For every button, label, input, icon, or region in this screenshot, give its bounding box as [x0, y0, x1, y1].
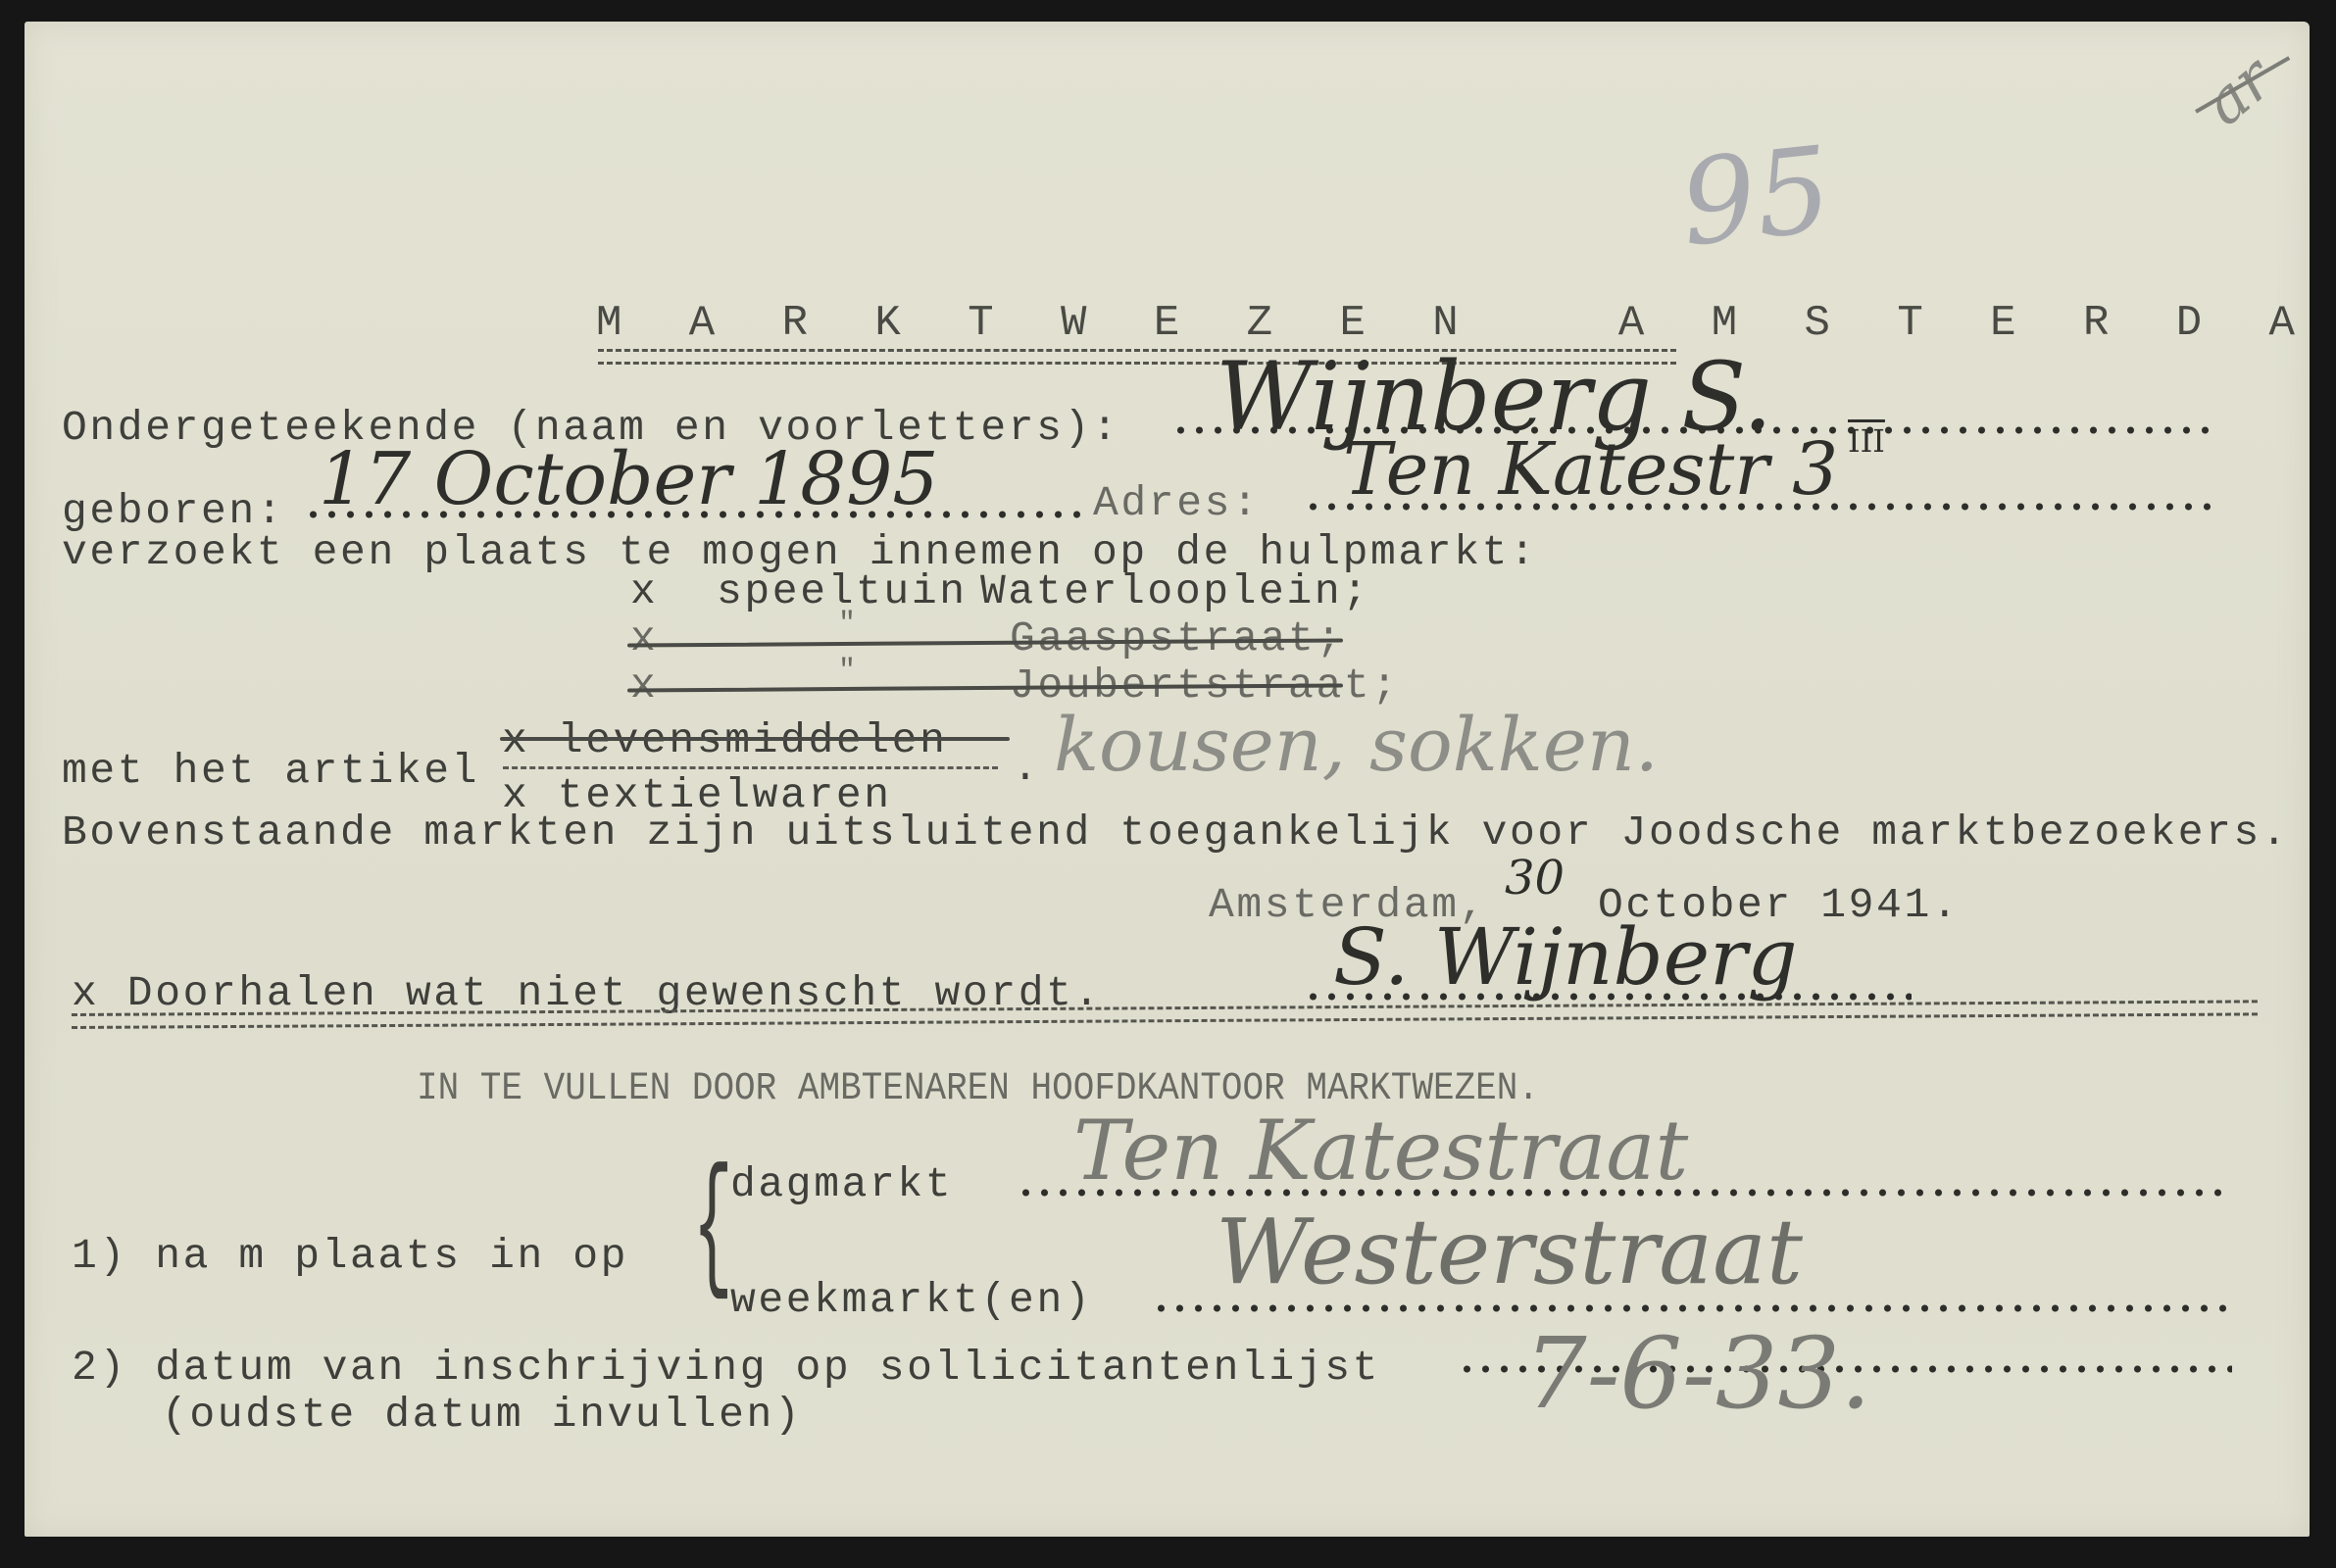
- strike-levensmiddelen: [500, 737, 1010, 741]
- item2-label: 2) datum van inschrijving op sollicitant…: [72, 1347, 1380, 1389]
- item1-label: 1) na m plaats in op: [72, 1235, 628, 1277]
- born-handwritten: 17 October 1895: [319, 443, 938, 515]
- application-card: 95 ar M A R K T W E Z E N A M S T E R D …: [25, 22, 2310, 1537]
- dagmarkt-handwritten: Ten Katestraat: [1073, 1109, 1688, 1192]
- weekmarkt-label: weekmarkt(en): [730, 1279, 1092, 1321]
- market-prefix-2: ": [838, 610, 859, 639]
- address-label: Adres:: [1093, 482, 1260, 524]
- item2-sublabel: (oudste datum invullen): [162, 1394, 802, 1436]
- market-marker-3: x: [630, 664, 658, 707]
- address-handwritten: Ten Katestr 3: [1343, 433, 1838, 506]
- article-fraction-line: [503, 766, 998, 769]
- pencil-number-annotation: 95: [1675, 131, 1836, 264]
- market-name-waterlooplein: Waterlooplein;: [980, 570, 1370, 612]
- jewish-only-notice: Bovenstaande markten zijn uitsluitend to…: [62, 811, 2289, 854]
- born-label: geboren:: [62, 490, 284, 532]
- market-marker-1: x: [630, 570, 658, 612]
- address-floor: III: [1848, 425, 1885, 457]
- market-marker-2: x: [630, 617, 658, 660]
- weekmarkt-handwritten: Westerstraat: [1216, 1207, 1803, 1298]
- left-brace: {: [693, 1156, 733, 1303]
- document-title: M A R K T W E Z E N A M S T E R D A M.: [596, 302, 2336, 345]
- weekmarkt-dotted-line: [1152, 1303, 2232, 1313]
- article-period: .: [1013, 747, 1040, 789]
- date-day-handwritten: 30: [1505, 855, 1565, 902]
- dagmarkt-label: dagmarkt: [730, 1163, 953, 1205]
- article-handwritten-note: kousen, sokken.: [1054, 708, 1659, 782]
- applicant-signature: S. Wijnberg: [1333, 918, 1798, 997]
- initials-annotation: ar: [2194, 47, 2283, 135]
- article-label: met het artikel: [62, 750, 479, 792]
- market-prefix-1: speeltuin: [717, 570, 968, 612]
- market-prefix-3: ": [838, 657, 859, 686]
- registration-date-handwritten: 7-6-33.: [1524, 1325, 1871, 1423]
